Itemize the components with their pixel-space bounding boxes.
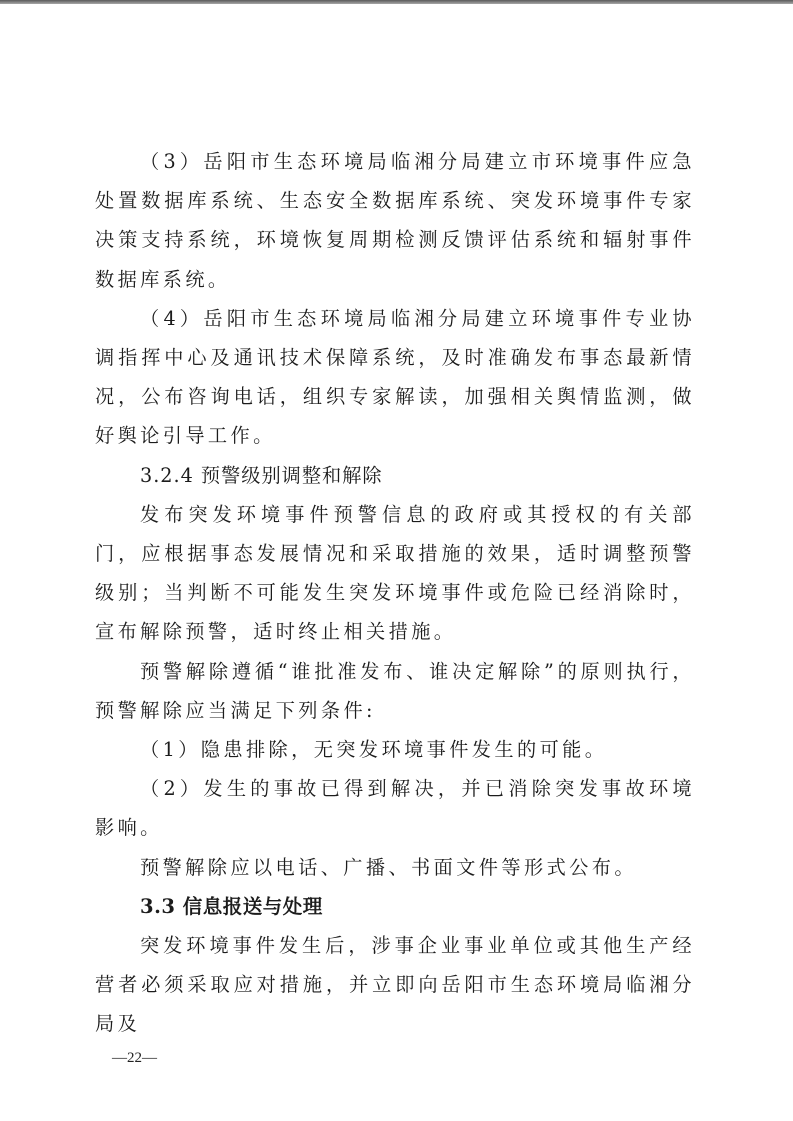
paragraph-release-publication: 预警解除应以电话、广播、书面文件等形式公布。	[95, 848, 695, 887]
section-heading-3-3: 3.3 信息报送与处理	[95, 887, 695, 926]
paragraph-information-report: 突发环境事件发生后，涉事企业事业单位或其他生产经营者必须采取应对措施，并立即向岳…	[95, 926, 695, 1044]
condition-item-2: （2）发生的事故已得到解决，并已消除突发事故环境影响。	[95, 769, 695, 847]
paragraph-release-principle: 预警解除遵循“谁批准发布、谁决定解除”的原则执行，预警解除应当满足下列条件:	[95, 652, 695, 730]
document-page-body: （3）岳阳市生态环境局临湘分局建立市环境事件应急处置数据库系统、生态安全数据库系…	[95, 142, 695, 1044]
paragraph-warning-adjustment: 发布突发环境事件预警信息的政府或其授权的有关部门，应根据事态发展情况和采取措施的…	[95, 495, 695, 652]
section-heading-3-2-4: 3.2.4 预警级别调整和解除	[95, 456, 695, 495]
paragraph-item-4: （4）岳阳市生态环境局临湘分局建立环境事件专业协调指挥中心及通讯技术保障系统，及…	[95, 299, 695, 456]
scan-edge	[0, 0, 793, 4]
condition-item-1: （1）隐患排除，无突发环境事件发生的可能。	[95, 730, 695, 769]
page-number: —22—	[112, 1050, 157, 1067]
paragraph-item-3: （3）岳阳市生态环境局临湘分局建立市环境事件应急处置数据库系统、生态安全数据库系…	[95, 142, 695, 299]
